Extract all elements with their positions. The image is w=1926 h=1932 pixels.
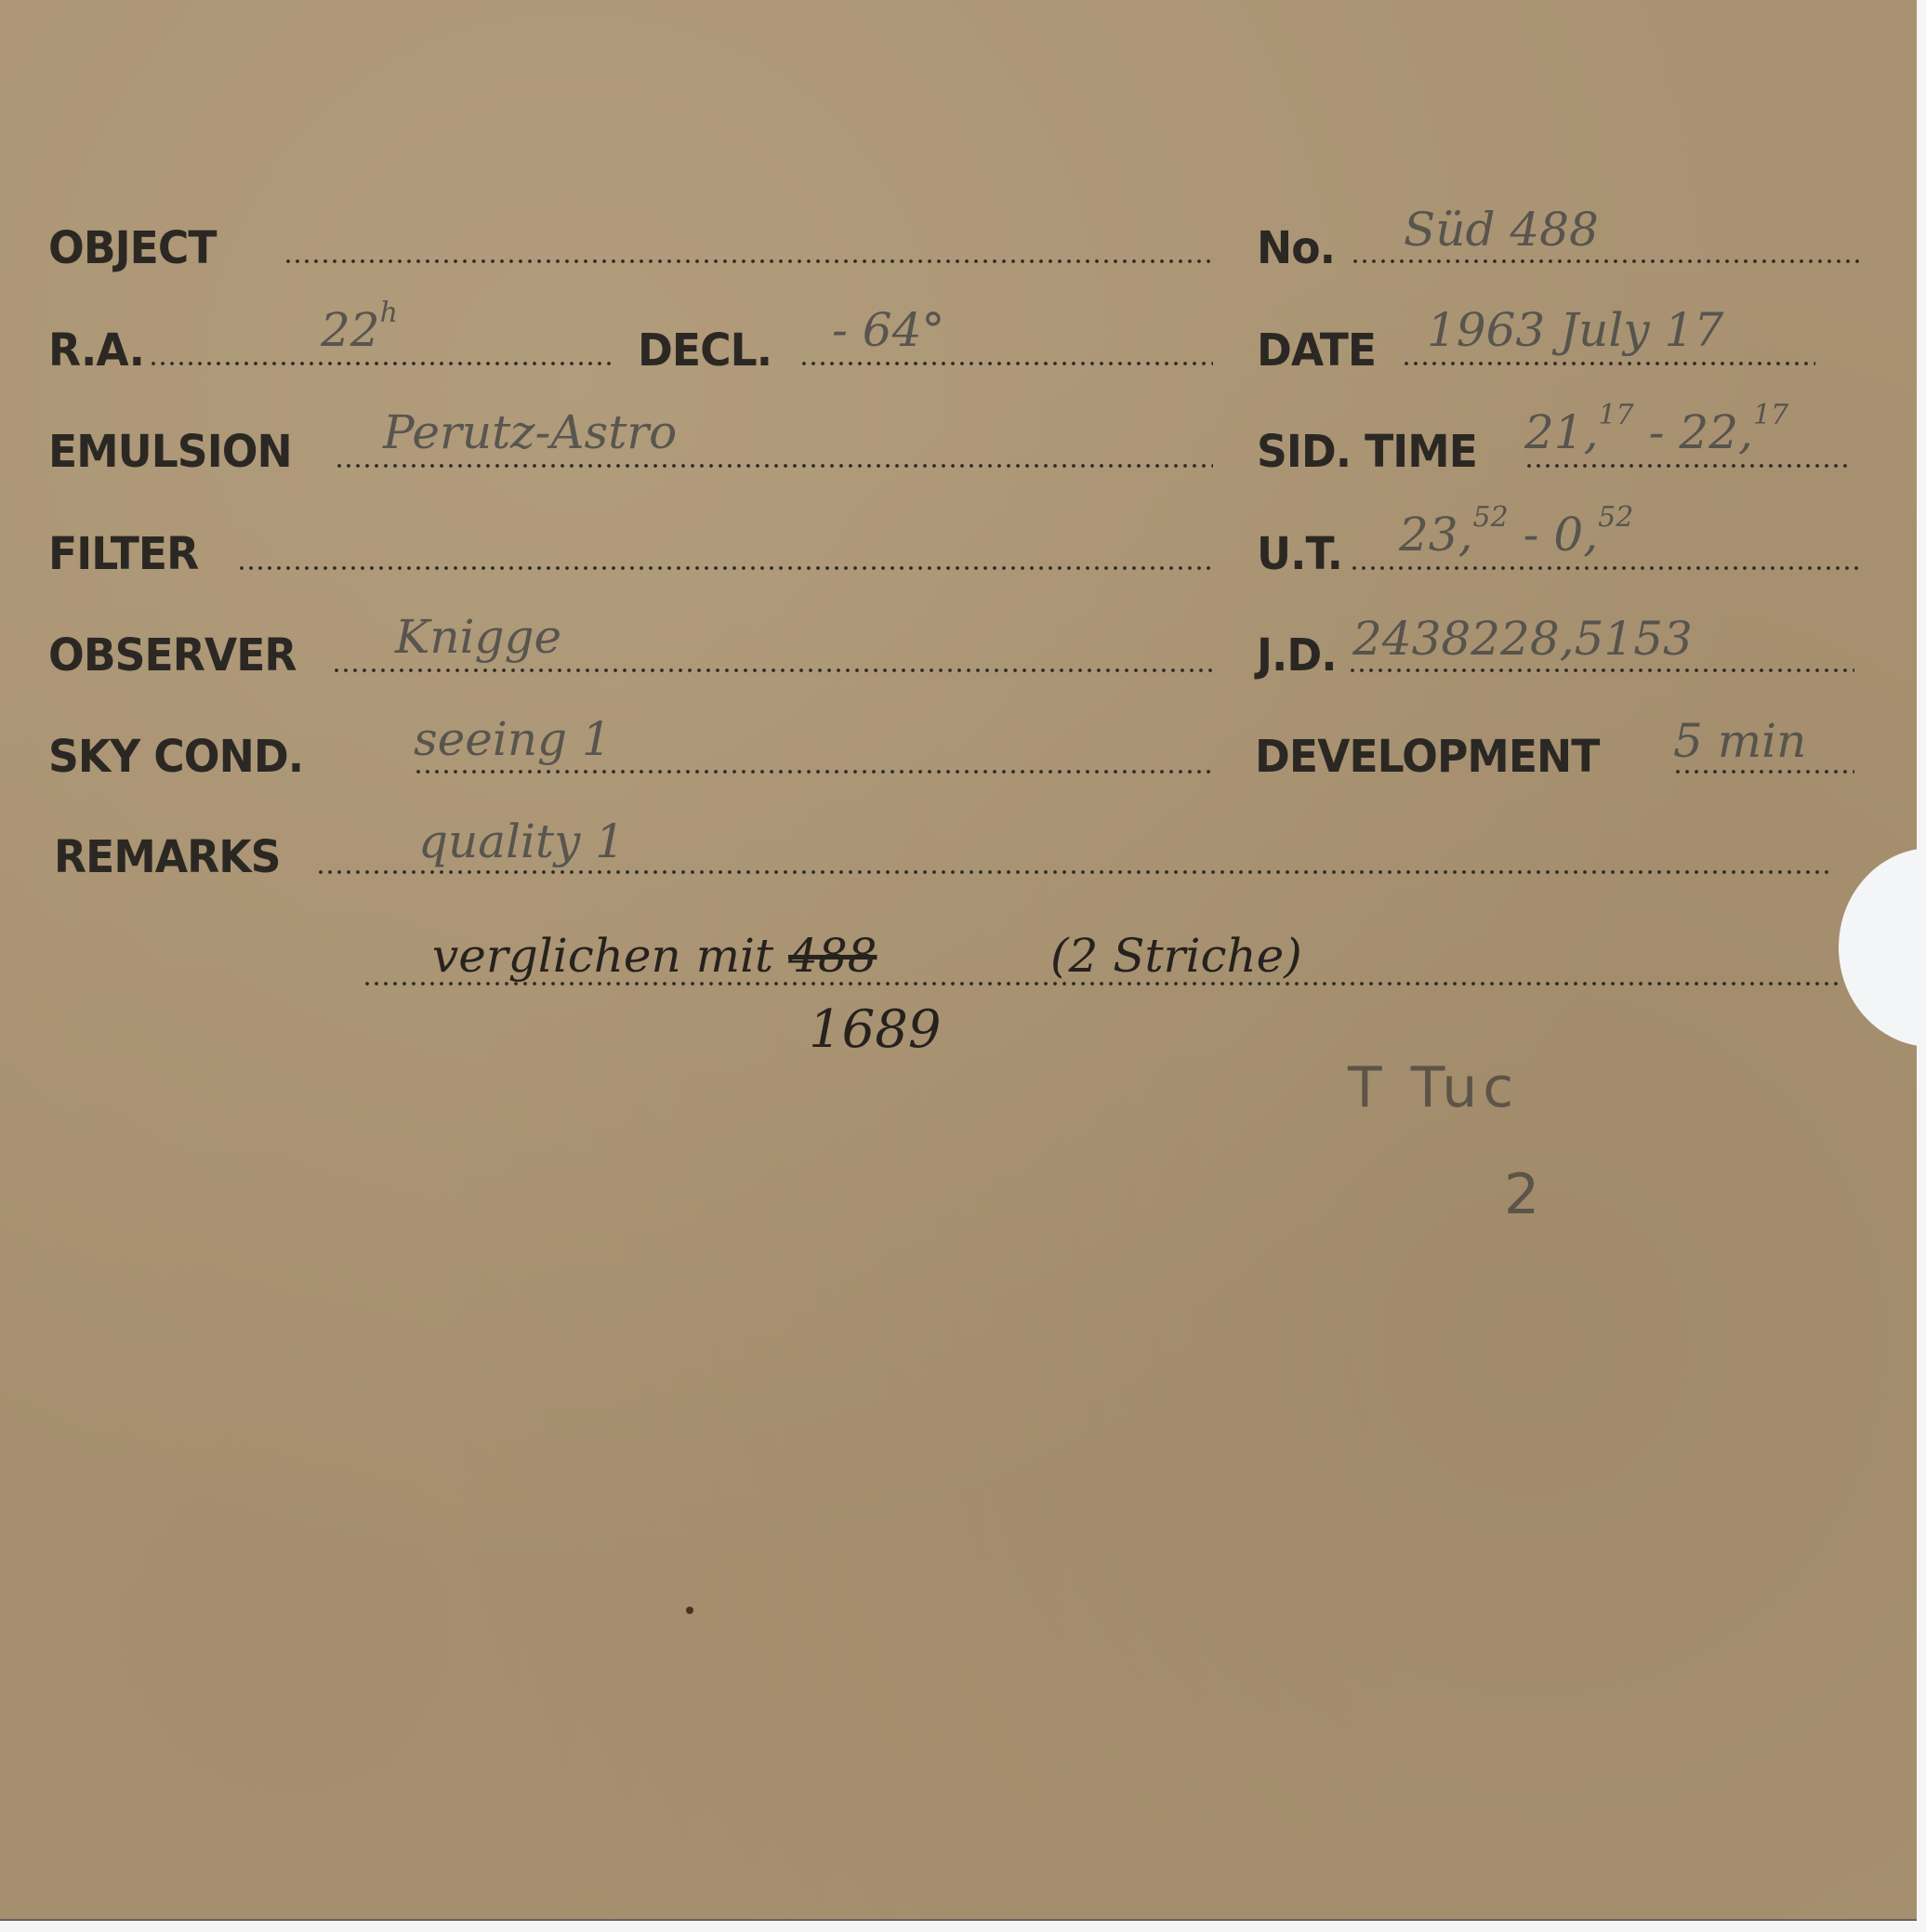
object-field-line — [284, 258, 1213, 264]
ut-field-line — [1350, 565, 1861, 571]
label-no: No. — [1257, 226, 1335, 271]
label-decl: DECL. — [638, 328, 772, 373]
remarks-note: (2 Striche) — [1050, 933, 1302, 979]
remarks-correction-number: 1689 — [809, 1004, 942, 1056]
ra-value: 22h — [321, 307, 398, 353]
label-sid-time: SID. TIME — [1257, 430, 1477, 474]
decl-value: - 64° — [832, 307, 944, 353]
remarks-struck-number: 488 — [788, 929, 877, 983]
ut-value: 23,52 - 0,52 — [1399, 511, 1633, 558]
remarks-compared-with: verglichen mit — [432, 929, 773, 983]
pencil-star-designation: T Tuc — [1348, 1060, 1519, 1116]
plate-envelope: OBJECT R.A. 22h DECL. - 64° EMULSION Per… — [0, 0, 1917, 1919]
sky-cond-value: seeing 1 — [414, 716, 612, 762]
label-ut: U.T. — [1257, 532, 1342, 576]
sid-time-field-line — [1524, 463, 1853, 469]
label-sky-cond: SKY COND. — [48, 734, 303, 779]
remarks-field-line-1 — [316, 869, 1831, 875]
remarks-value-line1: quality 1 — [418, 818, 625, 865]
date-value: 1963 July 17 — [1427, 307, 1723, 353]
sky-cond-field-line — [414, 769, 1213, 774]
no-value: Süd 488 — [1404, 206, 1599, 253]
filter-field-line — [237, 565, 1213, 571]
remarks-value-line2: verglichen mit 488 — [432, 933, 877, 979]
label-jd: J.D. — [1257, 633, 1337, 678]
no-field-line — [1351, 258, 1862, 264]
jd-value: 2438228,5153 — [1352, 615, 1693, 662]
label-filter: FILTER — [48, 532, 198, 576]
label-remarks: REMARKS — [54, 835, 281, 880]
sid-time-value: 21,17 - 22,17 — [1524, 409, 1788, 456]
observer-field-line — [332, 668, 1213, 673]
emulsion-field-line — [335, 463, 1213, 469]
pencil-annotation-number: 2 — [1504, 1167, 1539, 1223]
label-date: DATE — [1257, 328, 1376, 373]
development-field-line — [1673, 769, 1854, 774]
emulsion-value: Perutz-Astro — [383, 409, 677, 456]
observer-value: Knigge — [395, 614, 561, 660]
ra-field-line — [149, 361, 612, 366]
label-ra: R.A. — [48, 328, 144, 373]
label-emulsion: EMULSION — [48, 430, 292, 474]
label-observer: OBSERVER — [48, 633, 297, 678]
date-field-line — [1402, 361, 1815, 366]
development-value: 5 min — [1673, 718, 1806, 764]
paper-speck — [686, 1607, 693, 1614]
label-object: OBJECT — [48, 226, 217, 271]
label-development: DEVELOPMENT — [1255, 734, 1599, 779]
jd-field-line — [1348, 668, 1854, 673]
decl-field-line — [799, 361, 1213, 366]
